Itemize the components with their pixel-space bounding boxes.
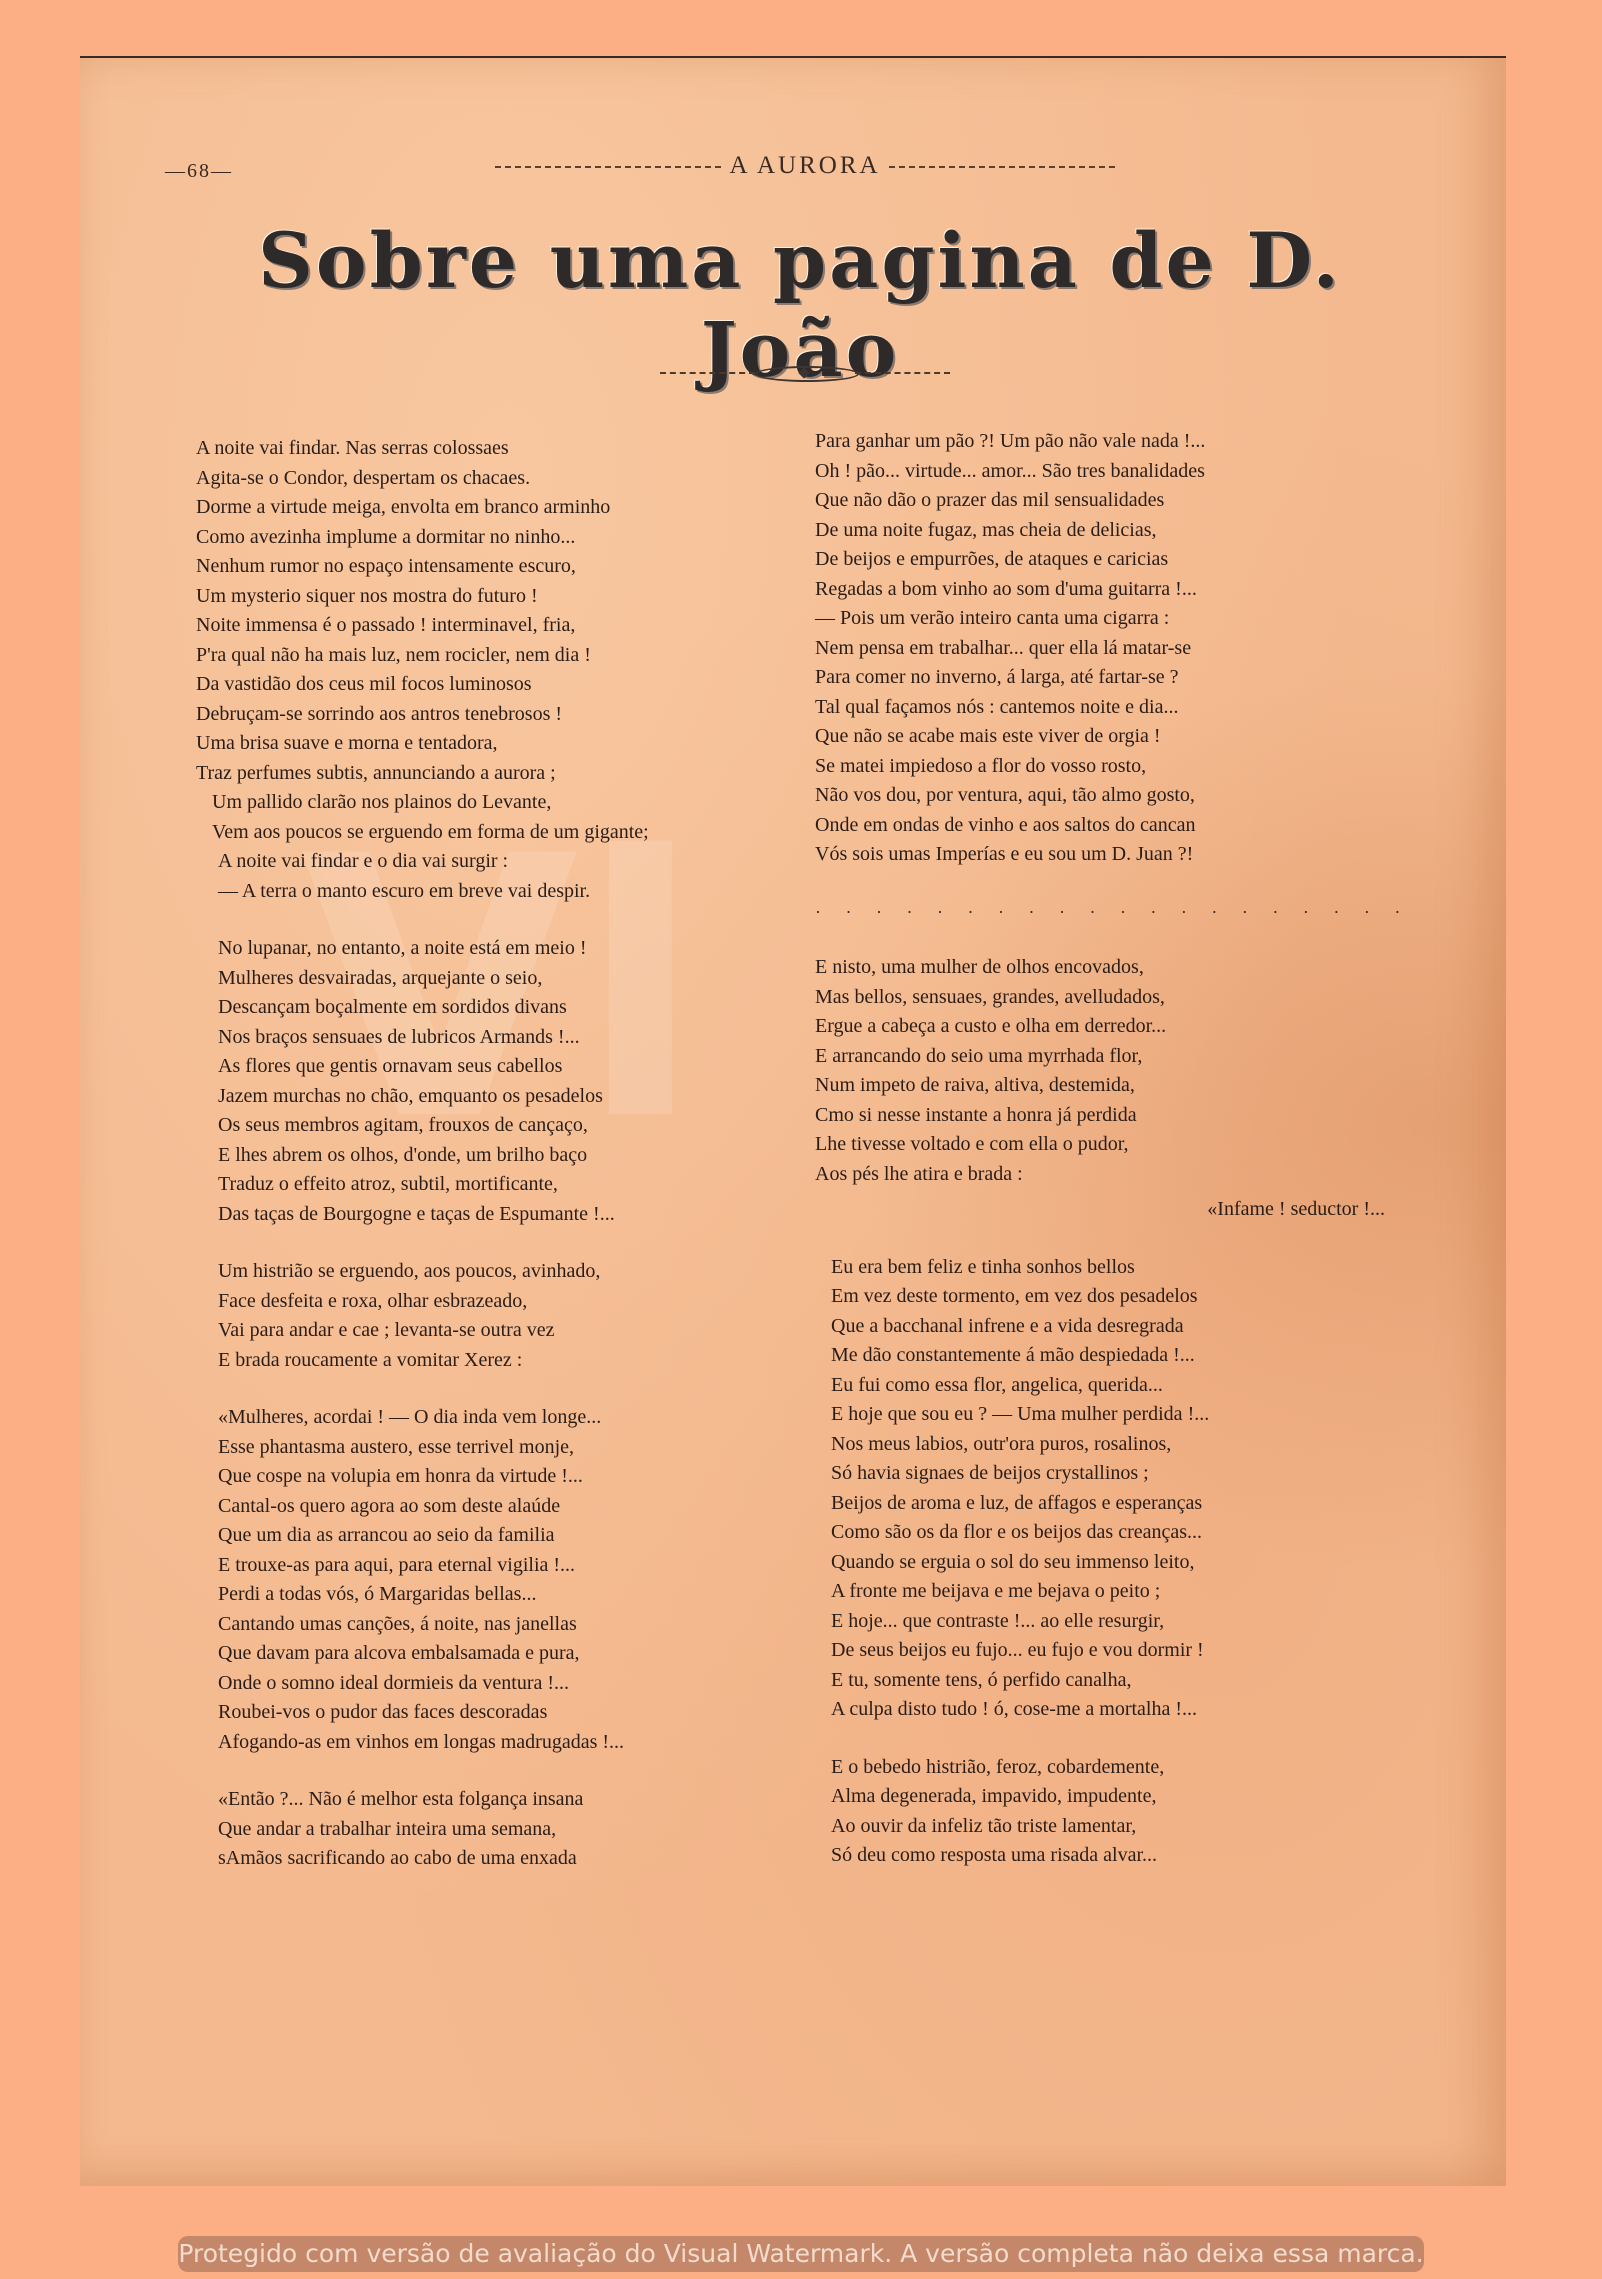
page-number: —68— (165, 160, 233, 183)
right-column: Para ganhar um pão ?! Um pão não vale na… (815, 427, 1415, 1899)
verse-line: As flores que gentis ornavam seus cabell… (196, 1052, 806, 1082)
verse-line: Perdi a todas vós, ó Margaridas bellas..… (196, 1580, 806, 1610)
verse-line: Em vez deste tormento, em vez dos pesade… (815, 1282, 1415, 1312)
stanza: A noite vai findar. Nas serras colossaes… (196, 434, 806, 906)
verse-line: Não vos dou, por ventura, aqui, tão almo… (815, 781, 1415, 811)
verse-line: Das taças de Bourgogne e taças de Espuma… (196, 1200, 806, 1230)
verse-line: Noite immensa é o passado ! interminavel… (196, 611, 806, 641)
verse-line: Só havia signaes de beijos crystallinos … (815, 1459, 1415, 1489)
publication-name: A AURORA (729, 152, 880, 180)
verse-line: A noite vai findar e o dia vai surgir : (196, 847, 806, 877)
verse-line: Eu fui como essa flor, angelica, querida… (815, 1371, 1415, 1401)
verse-line: De seus beijos eu fujo... eu fujo e vou … (815, 1636, 1415, 1666)
verse-line: E arrancando do seio uma myrrhada flor, (815, 1042, 1415, 1072)
verse-line: Que a bacchanal infrene e a vida desregr… (815, 1312, 1415, 1342)
right-column-part-3: Eu era bem feliz e tinha sonhos bellosEm… (815, 1253, 1415, 1871)
verse-line: Um histrião se erguendo, aos poucos, avi… (196, 1257, 806, 1287)
verse-line: Como são os da flor e os beijos das crea… (815, 1518, 1415, 1548)
verse-line: Onde em ondas de vinho e aos saltos do c… (815, 811, 1415, 841)
stanza: No lupanar, no entanto, a noite está em … (196, 934, 806, 1229)
verse-line: Tal qual façamos nós : cantemos noite e … (815, 693, 1415, 723)
verse-line: Onde o somno ideal dormieis da ventura !… (196, 1669, 806, 1699)
verse-line: E hoje que sou eu ? — Uma mulher perdida… (815, 1400, 1415, 1430)
stanza: Um histrião se erguendo, aos poucos, avi… (196, 1257, 806, 1375)
verse-line: Eu era bem feliz e tinha sonhos bellos (815, 1253, 1415, 1283)
verse-line: Cmo si nesse instante a honra já perdida (815, 1101, 1415, 1131)
verse-line: Num impeto de raiva, altiva, destemida, (815, 1071, 1415, 1101)
verse-line: Um mysterio siquer nos mostra do futuro … (196, 582, 806, 612)
stanza: E o bebedo histrião, feroz, cobardemente… (815, 1753, 1415, 1871)
verse-line: Que cospe na volupia em honra da virtude… (196, 1462, 806, 1492)
verse-line: Uma brisa suave e morna e tentadora, (196, 729, 806, 759)
stanza: E nisto, uma mulher de olhos encovados,M… (815, 953, 1415, 1189)
verse-line: E nisto, uma mulher de olhos encovados, (815, 953, 1415, 983)
verse-line: «Mulheres, acordai ! — O dia inda vem lo… (196, 1403, 806, 1433)
verse-line: — Pois um verão inteiro canta uma cigarr… (815, 604, 1415, 634)
verse-line: Traduz o effeito atroz, subtil, mortific… (196, 1170, 806, 1200)
stanza: Eu era bem feliz e tinha sonhos bellosEm… (815, 1253, 1415, 1725)
page-header: —68— A AURORA (165, 152, 1095, 182)
verse-line: Ao ouvir da infeliz tão triste lamentar, (815, 1812, 1415, 1842)
verse-line: Que andar a trabalhar inteira uma semana… (196, 1815, 806, 1845)
verse-line: Nenhum rumor no espaço intensamente escu… (196, 552, 806, 582)
verse-line: Ergue a cabeça a custo e olha em derredo… (815, 1012, 1415, 1042)
verse-line: Vem aos poucos se erguendo em forma de u… (196, 818, 806, 848)
verse-line: Mulheres desvairadas, arquejante o seio, (196, 964, 806, 994)
verse-line: Alma degenerada, impavido, impudente, (815, 1782, 1415, 1812)
verse-line: P'ra qual não ha mais luz, nem rocicler,… (196, 641, 806, 671)
verse-line: Jazem murchas no chão, emquanto os pesad… (196, 1082, 806, 1112)
verse-line: E trouxe-as para aqui, para eternal vigi… (196, 1551, 806, 1581)
verse-line: Que davam para alcova embalsamada e pura… (196, 1639, 806, 1669)
verse-line: Oh ! pão... virtude... amor... São tres … (815, 457, 1415, 487)
verse-line: Cantal-os quero agora ao som deste alaúd… (196, 1492, 806, 1522)
verse-line: A noite vai findar. Nas serras colossaes (196, 434, 806, 464)
verse-line: «Então ?... Não é melhor esta folgança i… (196, 1785, 806, 1815)
title-ornament-divider (660, 366, 950, 380)
verse-line: Da vastidão dos ceus mil focos luminosos (196, 670, 806, 700)
verse-line: Mas bellos, sensuaes, grandes, avelludad… (815, 983, 1415, 1013)
verse-line: No lupanar, no entanto, a noite está em … (196, 934, 806, 964)
verse-line: Que não dão o prazer das mil sensualidad… (815, 486, 1415, 516)
verse-line: Vai para andar e cae ; levanta-se outra … (196, 1316, 806, 1346)
verse-line: Vós sois umas Imperías e eu sou um D. Ju… (815, 840, 1415, 870)
verse-line: Face desfeita e roxa, olhar esbrazeado, (196, 1287, 806, 1317)
verse-line: Para ganhar um pão ?! Um pão não vale na… (815, 427, 1415, 457)
verse-line: Para comer no inverno, á larga, até fart… (815, 663, 1415, 693)
verse-line: A fronte me beijava e me bejava o peito … (815, 1577, 1415, 1607)
verse-line: Aos pés lhe atira e brada : (815, 1160, 1415, 1190)
verse-line: E brada roucamente a vomitar Xerez : (196, 1346, 806, 1376)
verse-line: Debruçam-se sorrindo aos antros tenebros… (196, 700, 806, 730)
right-column-part-1: Para ganhar um pão ?! Um pão não vale na… (815, 427, 1415, 870)
verse-line: Que não se acabe mais este viver de orgi… (815, 722, 1415, 752)
masthead-rule-right (889, 166, 1115, 168)
watermark-banner: Protegido com versão de avaliação do Vis… (178, 2236, 1424, 2272)
stanza: Para ganhar um pão ?! Um pão não vale na… (815, 427, 1415, 870)
left-column: A noite vai findar. Nas serras colossaes… (196, 434, 806, 1902)
verse-line: Lhe tivesse voltado e com ella o pudor, (815, 1130, 1415, 1160)
verse-line: E tu, somente tens, ó perfido canalha, (815, 1666, 1415, 1696)
verse-line: E lhes abrem os olhos, d'onde, um brilho… (196, 1141, 806, 1171)
verse-line: Roubei-vos o pudor das faces descoradas (196, 1698, 806, 1728)
verse-line: A culpa disto tudo ! ó, cose-me a mortal… (815, 1695, 1415, 1725)
stanza: «Então ?... Não é melhor esta folgança i… (196, 1785, 806, 1874)
verse-line: Quando se erguia o sol do seu immenso le… (815, 1548, 1415, 1578)
verse-line: Nos meus labios, outr'ora puros, rosalin… (815, 1430, 1415, 1460)
verse-line: Agita-se o Condor, despertam os chacaes. (196, 464, 806, 494)
verse-line: Que um dia as arrancou ao seio da famili… (196, 1521, 806, 1551)
verse-line: Um pallido clarão nos plainos do Levante… (196, 788, 806, 818)
verse-line: Afogando-as em vinhos em longas madrugad… (196, 1728, 806, 1758)
verse-line: Me dão constantemente á mão despiedada !… (815, 1341, 1415, 1371)
masthead-rule-left (495, 166, 721, 168)
exclamation-line: «Infame ! seductor !... (815, 1195, 1415, 1225)
verse-line: Beijos de aroma e luz, de affagos e espe… (815, 1489, 1415, 1519)
verse-line: Como avezinha implume a dormitar no ninh… (196, 523, 806, 553)
verse-line: Nem pensa em trabalhar... quer ella lá m… (815, 634, 1415, 664)
verse-line: — A terra o manto escuro em breve vai de… (196, 877, 806, 907)
masthead: A AURORA (495, 152, 1115, 180)
verse-line: sAmãos sacrificando ao cabo de uma enxad… (196, 1844, 806, 1874)
verse-line: Dorme a virtude meiga, envolta em branco… (196, 493, 806, 523)
verse-line: De uma noite fugaz, mas cheia de delicia… (815, 516, 1415, 546)
verse-line: Regadas a bom vinho ao som d'uma guitarr… (815, 575, 1415, 605)
verse-line: Traz perfumes subtis, annunciando a auro… (196, 759, 806, 789)
verse-line: Os seus membros agitam, frouxos de cança… (196, 1111, 806, 1141)
section-separator: · · · · · · · · · · · · · · · · · · · · … (815, 898, 1415, 928)
verse-line: Cantando umas canções, á noite, nas jane… (196, 1610, 806, 1640)
right-column-part-2: E nisto, uma mulher de olhos encovados,M… (815, 953, 1415, 1189)
verse-line: E hoje... que contraste !... ao elle res… (815, 1607, 1415, 1637)
stanza: «Mulheres, acordai ! — O dia inda vem lo… (196, 1403, 806, 1757)
ornament-line-left (660, 372, 755, 374)
verse-line: Esse phantasma austero, esse terrivel mo… (196, 1433, 806, 1463)
verse-line: De beijos e empurrões, de ataques e cari… (815, 545, 1415, 575)
verse-line: Descançam boçalmente em sordidos divans (196, 993, 806, 1023)
ornament-line-right (855, 372, 950, 374)
verse-line: Se matei impiedoso a flor do vosso rosto… (815, 752, 1415, 782)
verse-line: Só deu como resposta uma risada alvar... (815, 1841, 1415, 1871)
verse-line: E o bebedo histrião, feroz, cobardemente… (815, 1753, 1415, 1783)
verse-line: Nos braços sensuaes de lubricos Armands … (196, 1023, 806, 1053)
